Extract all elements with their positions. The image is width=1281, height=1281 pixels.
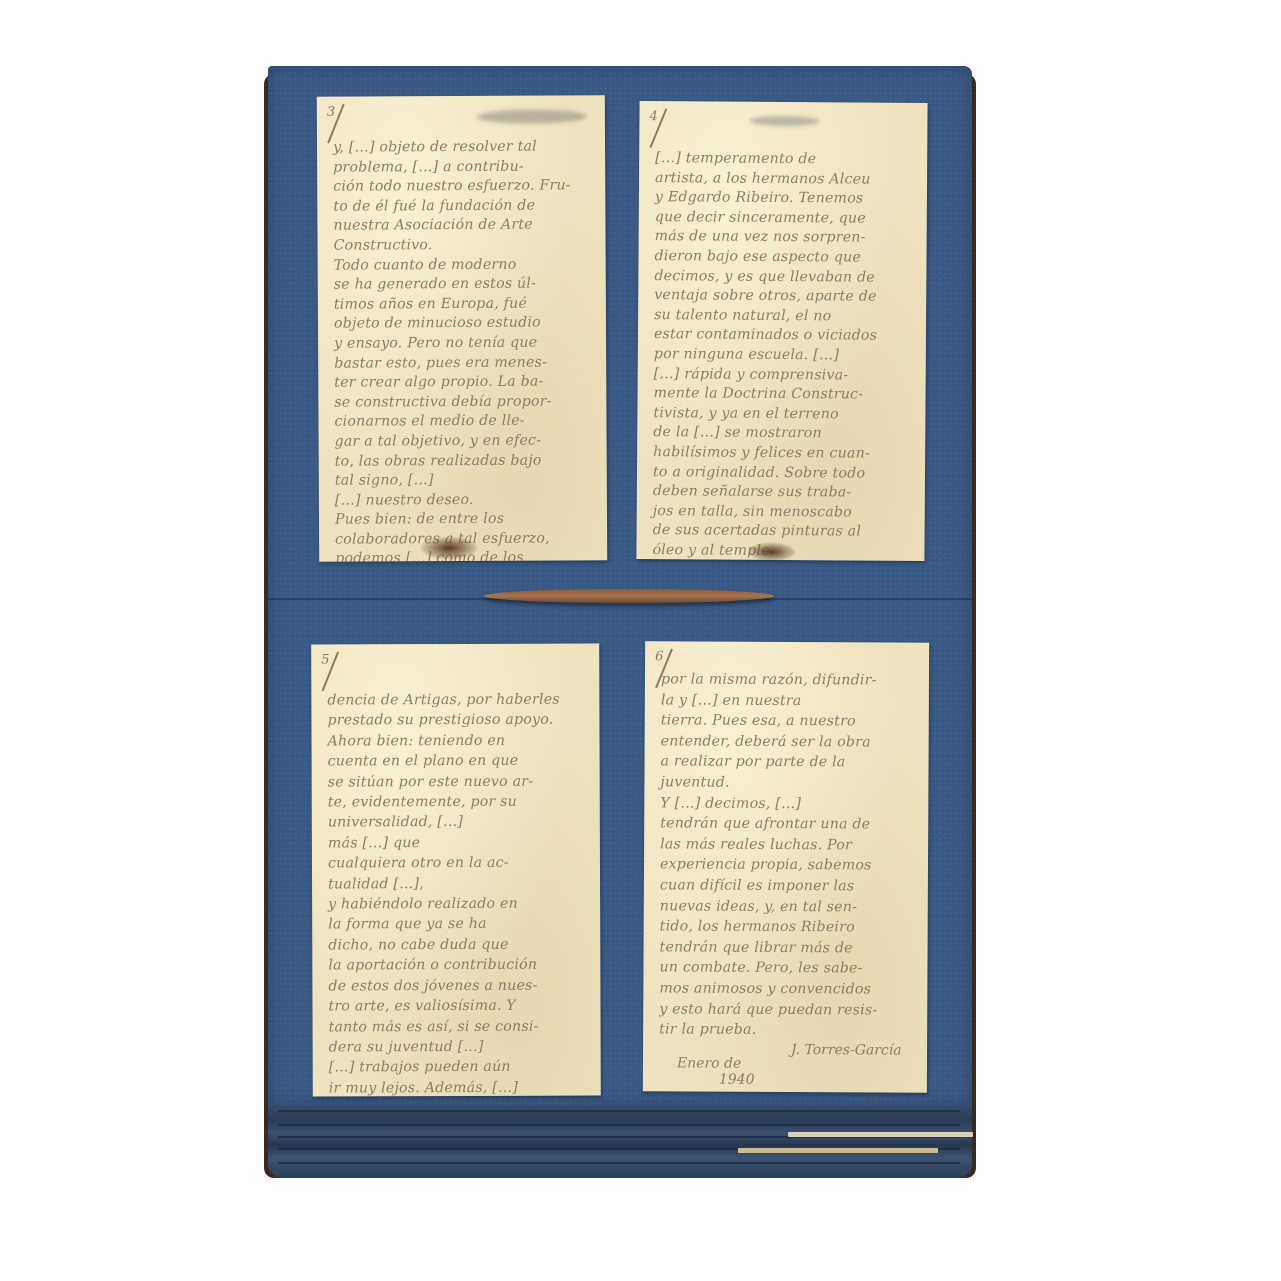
- letter-sheet-page-6: 6 por la misma razón, difundir- la y […]…: [643, 641, 929, 1092]
- letter-sheet-page-3: 3 y, […] objeto de resolver tal problema…: [317, 95, 607, 562]
- date-year: 1940: [719, 1072, 755, 1088]
- letter-sheet-page-4: 4 […] temperamento de artista, a los her…: [636, 101, 927, 561]
- page-insert-strip: [788, 1132, 973, 1137]
- page-number-label: 4: [649, 109, 657, 124]
- handwritten-text: […] temperamento de artista, a los herma…: [652, 149, 917, 561]
- scrapbook-album: 3 y, […] objeto de resolver tal problema…: [268, 66, 974, 1178]
- letter-sheet-page-5: 5 dencia de Artigas, por haberles presta…: [311, 643, 601, 1096]
- page-stack-edge: [268, 1096, 972, 1178]
- handwritten-text: dencia de Artigas, por haberles prestado…: [327, 690, 590, 1097]
- album-page: 3 y, […] objeto de resolver tal problema…: [268, 66, 972, 1106]
- binding-slot: [484, 589, 774, 603]
- page-number-label: 3: [327, 105, 335, 120]
- date-month: Enero de: [677, 1055, 741, 1071]
- page-number-label: 5: [321, 652, 329, 667]
- handwritten-text: y, […] objeto de resolver tal problema, …: [333, 137, 597, 561]
- handwritten-text: por la misma razón, difundir- la y […] e…: [659, 669, 919, 1041]
- paper-stain: [746, 542, 796, 561]
- page-number-label: 6: [655, 649, 663, 664]
- page-insert-strip: [738, 1148, 938, 1153]
- signature: J. Torres-García: [791, 1042, 902, 1059]
